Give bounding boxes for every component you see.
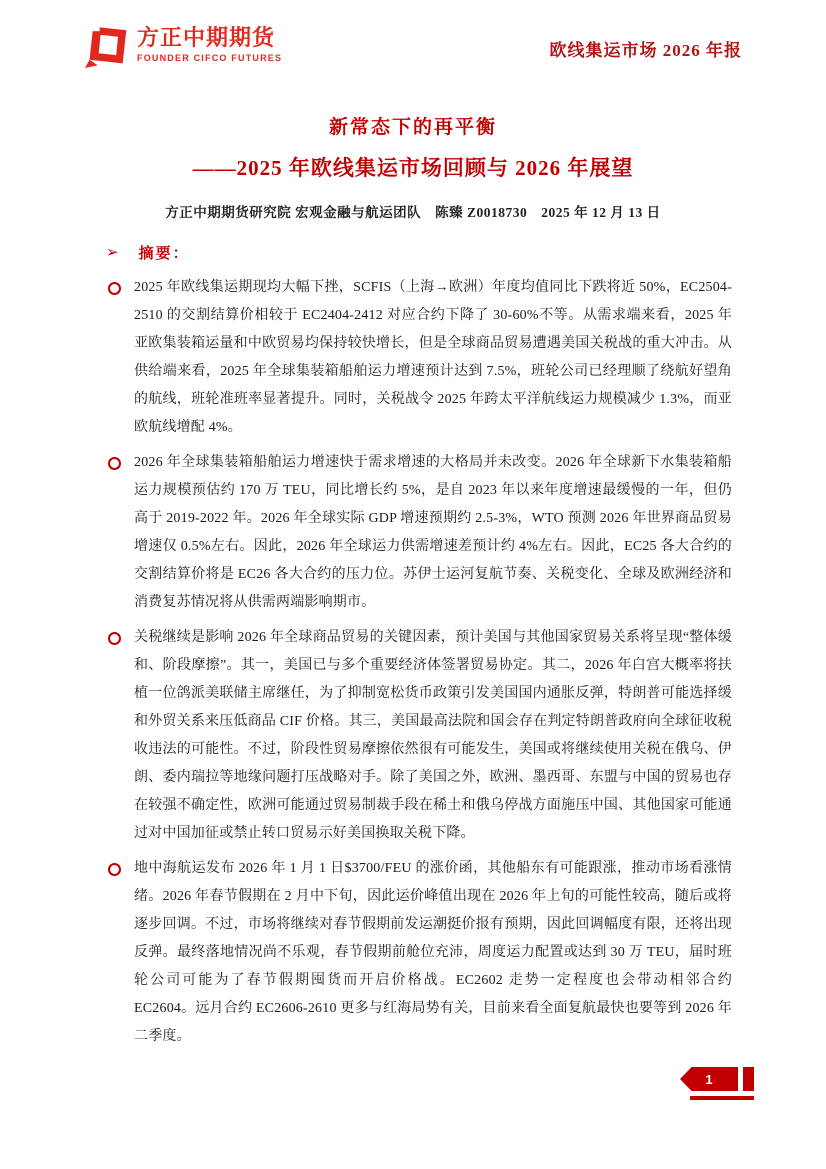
report-title: 新常态下的再平衡	[0, 112, 826, 139]
page-number-arrow-icon: 1	[680, 1067, 738, 1091]
company-logo: 方正中期期货 FOUNDER CIFCO FUTURES	[84, 20, 282, 70]
report-series-tag: 欧线集运市场 2026 年报	[550, 36, 743, 61]
circle-bullet-icon	[108, 457, 121, 470]
page-header: 方正中期期货 FOUNDER CIFCO FUTURES 欧线集运市场 2026…	[84, 20, 742, 70]
summary-heading: ➢ 摘要：	[106, 242, 190, 263]
page-number-row: 1	[680, 1067, 754, 1091]
circle-bullet-icon	[108, 632, 121, 645]
summary-bullet-text: 2026 年全球集装箱船舶运力增速快于需求增速的大格局并未改变。2026 年全球…	[134, 455, 732, 610]
summary-bullet-list: 2025 年欧线集运期现均大幅下挫，SCFIS（上海→欧洲）年度均值同比下跌将近…	[106, 274, 732, 1058]
summary-heading-label: 摘要：	[139, 242, 190, 263]
circle-bullet-icon	[108, 863, 121, 876]
circle-bullet-icon	[108, 282, 121, 295]
summary-bullet-text: 关税继续是影响 2026 年全球商品贸易的关键因素，预计美国与其他国家贸易关系将…	[134, 630, 732, 841]
report-subtitle: ——2025 年欧线集运市场回顾与 2026 年展望	[0, 152, 826, 182]
badge-underline	[690, 1096, 754, 1100]
summary-bullet-item: 2025 年欧线集运期现均大幅下挫，SCFIS（上海→欧洲）年度均值同比下跌将近…	[106, 274, 732, 442]
summary-bullet-text: 地中海航运发布 2026 年 1 月 1 日$3700/FEU 的涨价函，其他船…	[134, 861, 732, 1044]
summary-bullet-text: 2025 年欧线集运期现均大幅下挫，SCFIS（上海→欧洲）年度均值同比下跌将近…	[134, 280, 732, 435]
logo-text: 方正中期期货 FOUNDER CIFCO FUTURES	[137, 26, 282, 63]
badge-bar-icon	[743, 1067, 754, 1091]
report-page: 方正中期期货 FOUNDER CIFCO FUTURES 欧线集运市场 2026…	[0, 0, 826, 1169]
page-number-badge: 1	[680, 1067, 754, 1100]
logo-company-name: 方正中期期货	[137, 26, 282, 50]
logo-company-name-en: FOUNDER CIFCO FUTURES	[137, 53, 282, 63]
page-number: 1	[705, 1072, 712, 1087]
founder-cifco-logo-icon	[84, 20, 130, 70]
summary-bullet-item: 2026 年全球集装箱船舶运力增速快于需求增速的大格局并未改变。2026 年全球…	[106, 449, 732, 617]
arrow-bullet-icon: ➢	[106, 243, 121, 262]
summary-bullet-item: 关税继续是影响 2026 年全球商品贸易的关键因素，预计美国与其他国家贸易关系将…	[106, 624, 732, 848]
summary-bullet-item: 地中海航运发布 2026 年 1 月 1 日$3700/FEU 的涨价函，其他船…	[106, 855, 732, 1051]
report-byline: 方正中期期货研究院 宏观金融与航运团队 陈臻 Z0018730 2025 年 1…	[0, 201, 826, 221]
